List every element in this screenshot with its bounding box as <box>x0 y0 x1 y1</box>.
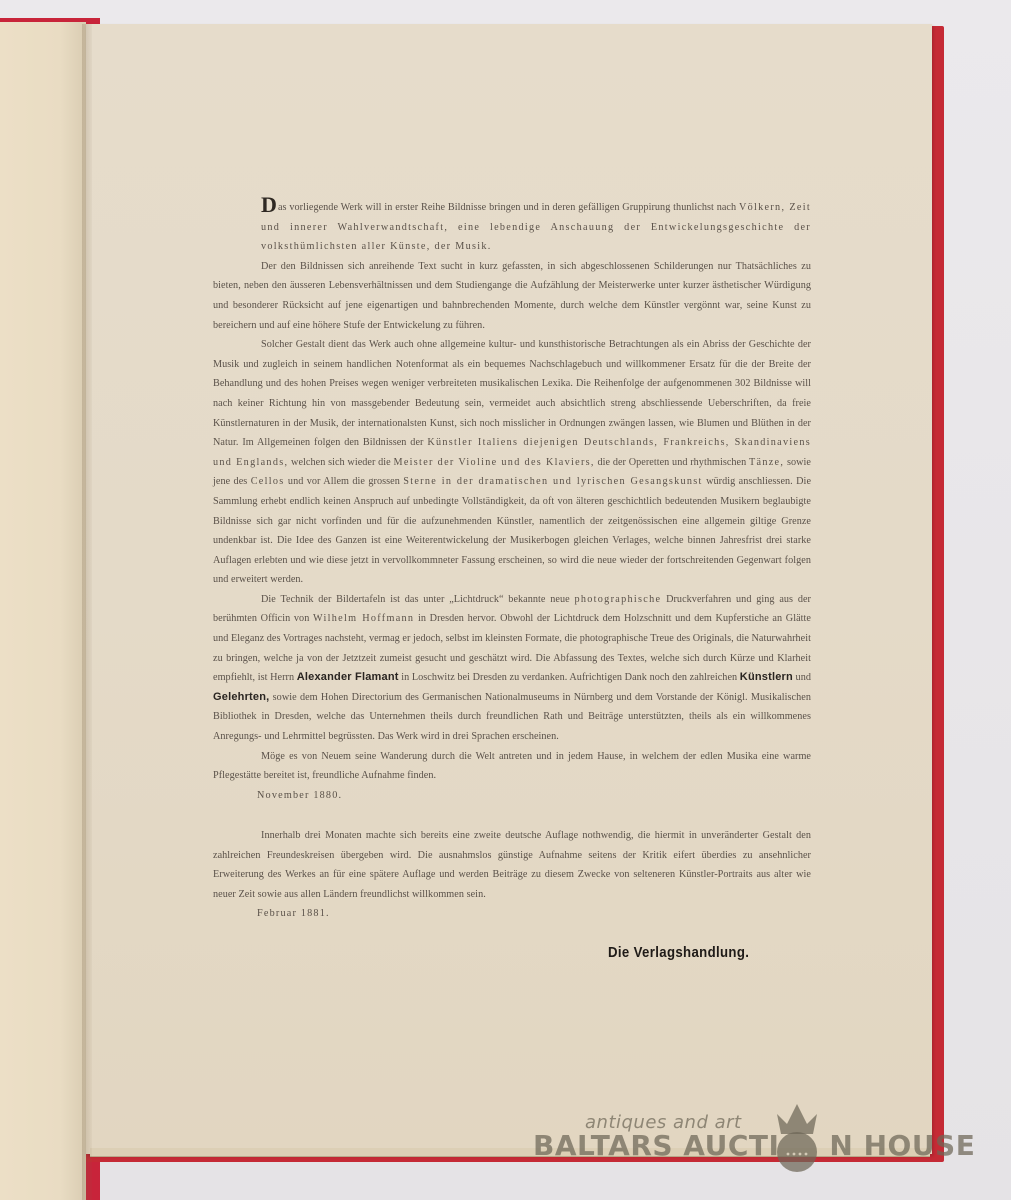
publisher-signature: Die Verlagshandlung. <box>608 944 749 961</box>
watermark-name-right: N HOUSE <box>829 1129 975 1162</box>
watermark-name-left: BALTARS AUCTI <box>533 1129 779 1162</box>
crown-orb-icon <box>771 1102 823 1174</box>
drop-cap: D <box>261 192 277 217</box>
preface-paragraph: Der den Bildnissen sich anreihende Text … <box>213 257 811 335</box>
second-edition-date: Februar 1881. <box>213 904 811 924</box>
second-edition-text: Innerhalb drei Monaten machte sich berei… <box>213 826 811 924</box>
preface-text: Das vorliegende Werk will in erster Reih… <box>213 198 811 805</box>
book-gutter <box>82 24 92 1200</box>
watermark-name: BALTARS AUCTIN HOUSE <box>533 1129 975 1162</box>
auction-watermark: antiques and art BALTARS AUCTIN HOUSE <box>533 1112 933 1172</box>
preface-paragraph: Möge es von Neuem seine Wanderung durch … <box>213 747 811 786</box>
preface-paragraph: Solcher Gestalt dient das Werk auch ohne… <box>213 335 811 590</box>
preface-paragraph: Das vorliegende Werk will in erster Reih… <box>261 198 811 257</box>
preface-paragraph: Die Technik der Bildertafeln ist das unt… <box>213 590 811 747</box>
second-edition-paragraph: Innerhalb drei Monaten machte sich berei… <box>213 826 811 904</box>
left-page <box>0 22 86 1200</box>
preface-date: November 1880. <box>213 786 811 806</box>
